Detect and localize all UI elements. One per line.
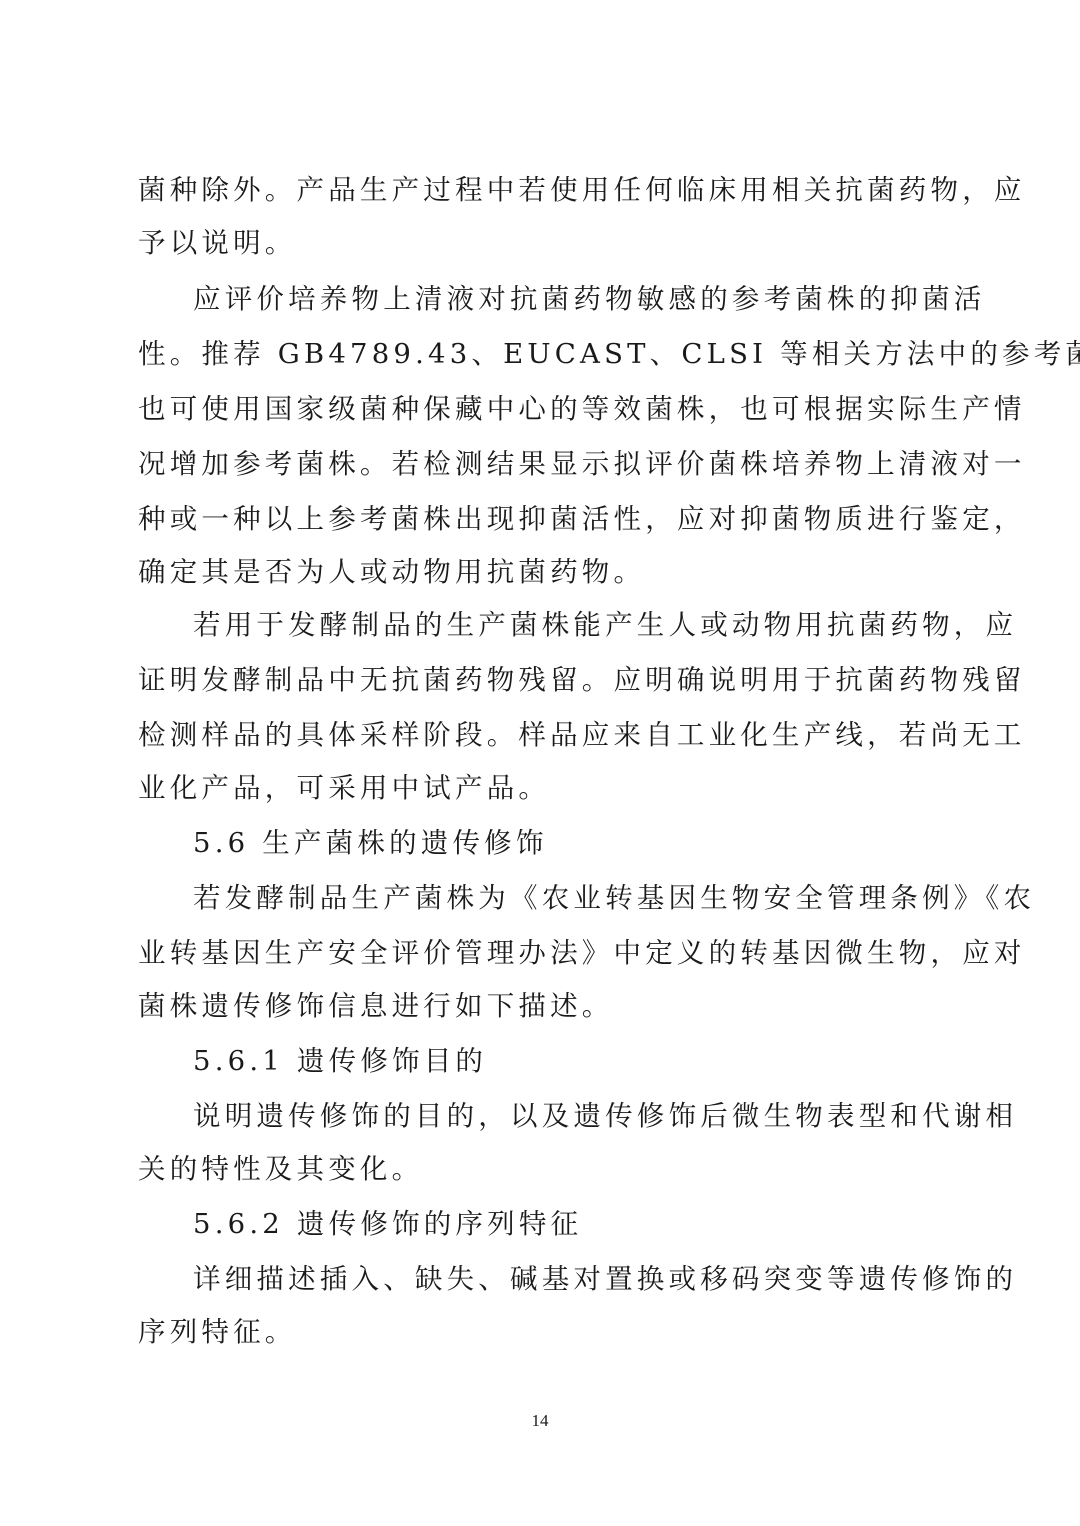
paragraph-line: 予以说明。 [138,223,297,263]
paragraph-line: 序列特征。 [138,1312,297,1352]
paragraph-line: 也可使用国家级菌种保藏中心的等效菌株，也可根据实际生产情 [138,389,1026,429]
paragraph-line: 菌株遗传修饰信息进行如下描述。 [138,986,614,1026]
paragraph-line: 性。推荐 GB4789.43、EUCAST、CLSI 等相关方法中的参考菌株， [138,334,1080,374]
paragraph-line: 检测样品的具体采样阶段。样品应来自工业化生产线，若尚无工 [138,715,1026,755]
page-number: 14 [0,1411,1080,1431]
section-heading-5-6-2: 5.6.2 遗传修饰的序列特征 [193,1204,582,1244]
paragraph-line: 若用于发酵制品的生产菌株能产生人或动物用抗菌药物，应 [193,605,1017,645]
paragraph-line: 若发酵制品生产菌株为《农业转基因生物安全管理条例》《农 [193,878,1035,918]
paragraph-line: 关的特性及其变化。 [138,1149,423,1189]
paragraph-line: 种或一种以上参考菌株出现抑菌活性，应对抑菌物质进行鉴定， [138,499,1026,539]
paragraph-line: 证明发酵制品中无抗菌药物残留。应明确说明用于抗菌药物残留 [138,660,1026,700]
document-page: 菌种除外。产品生产过程中若使用任何临床用相关抗菌药物，应 予以说明。 应评价培养… [0,0,1080,1526]
paragraph-line: 应评价培养物上清液对抗菌药物敏感的参考菌株的抑菌活 [193,279,986,319]
paragraph-line: 说明遗传修饰的目的，以及遗传修饰后微生物表型和代谢相 [193,1096,1017,1136]
paragraph-line: 确定其是否为人或动物用抗菌药物。 [138,552,645,592]
paragraph-line: 详细描述插入、缺失、碱基对置换或移码突变等遗传修饰的 [193,1259,1017,1299]
paragraph-line: 业转基因生产安全评价管理办法》中定义的转基因微生物，应对 [138,933,1026,973]
paragraph-line: 况增加参考菌株。若检测结果显示拟评价菌株培养物上清液对一 [138,444,1026,484]
paragraph-line: 业化产品，可采用中试产品。 [138,768,550,808]
section-heading-5-6-1: 5.6.1 遗传修饰目的 [193,1041,487,1081]
section-heading-5-6: 5.6 生产菌株的遗传修饰 [193,823,548,863]
paragraph-line: 菌种除外。产品生产过程中若使用任何临床用相关抗菌药物，应 [138,170,1026,210]
